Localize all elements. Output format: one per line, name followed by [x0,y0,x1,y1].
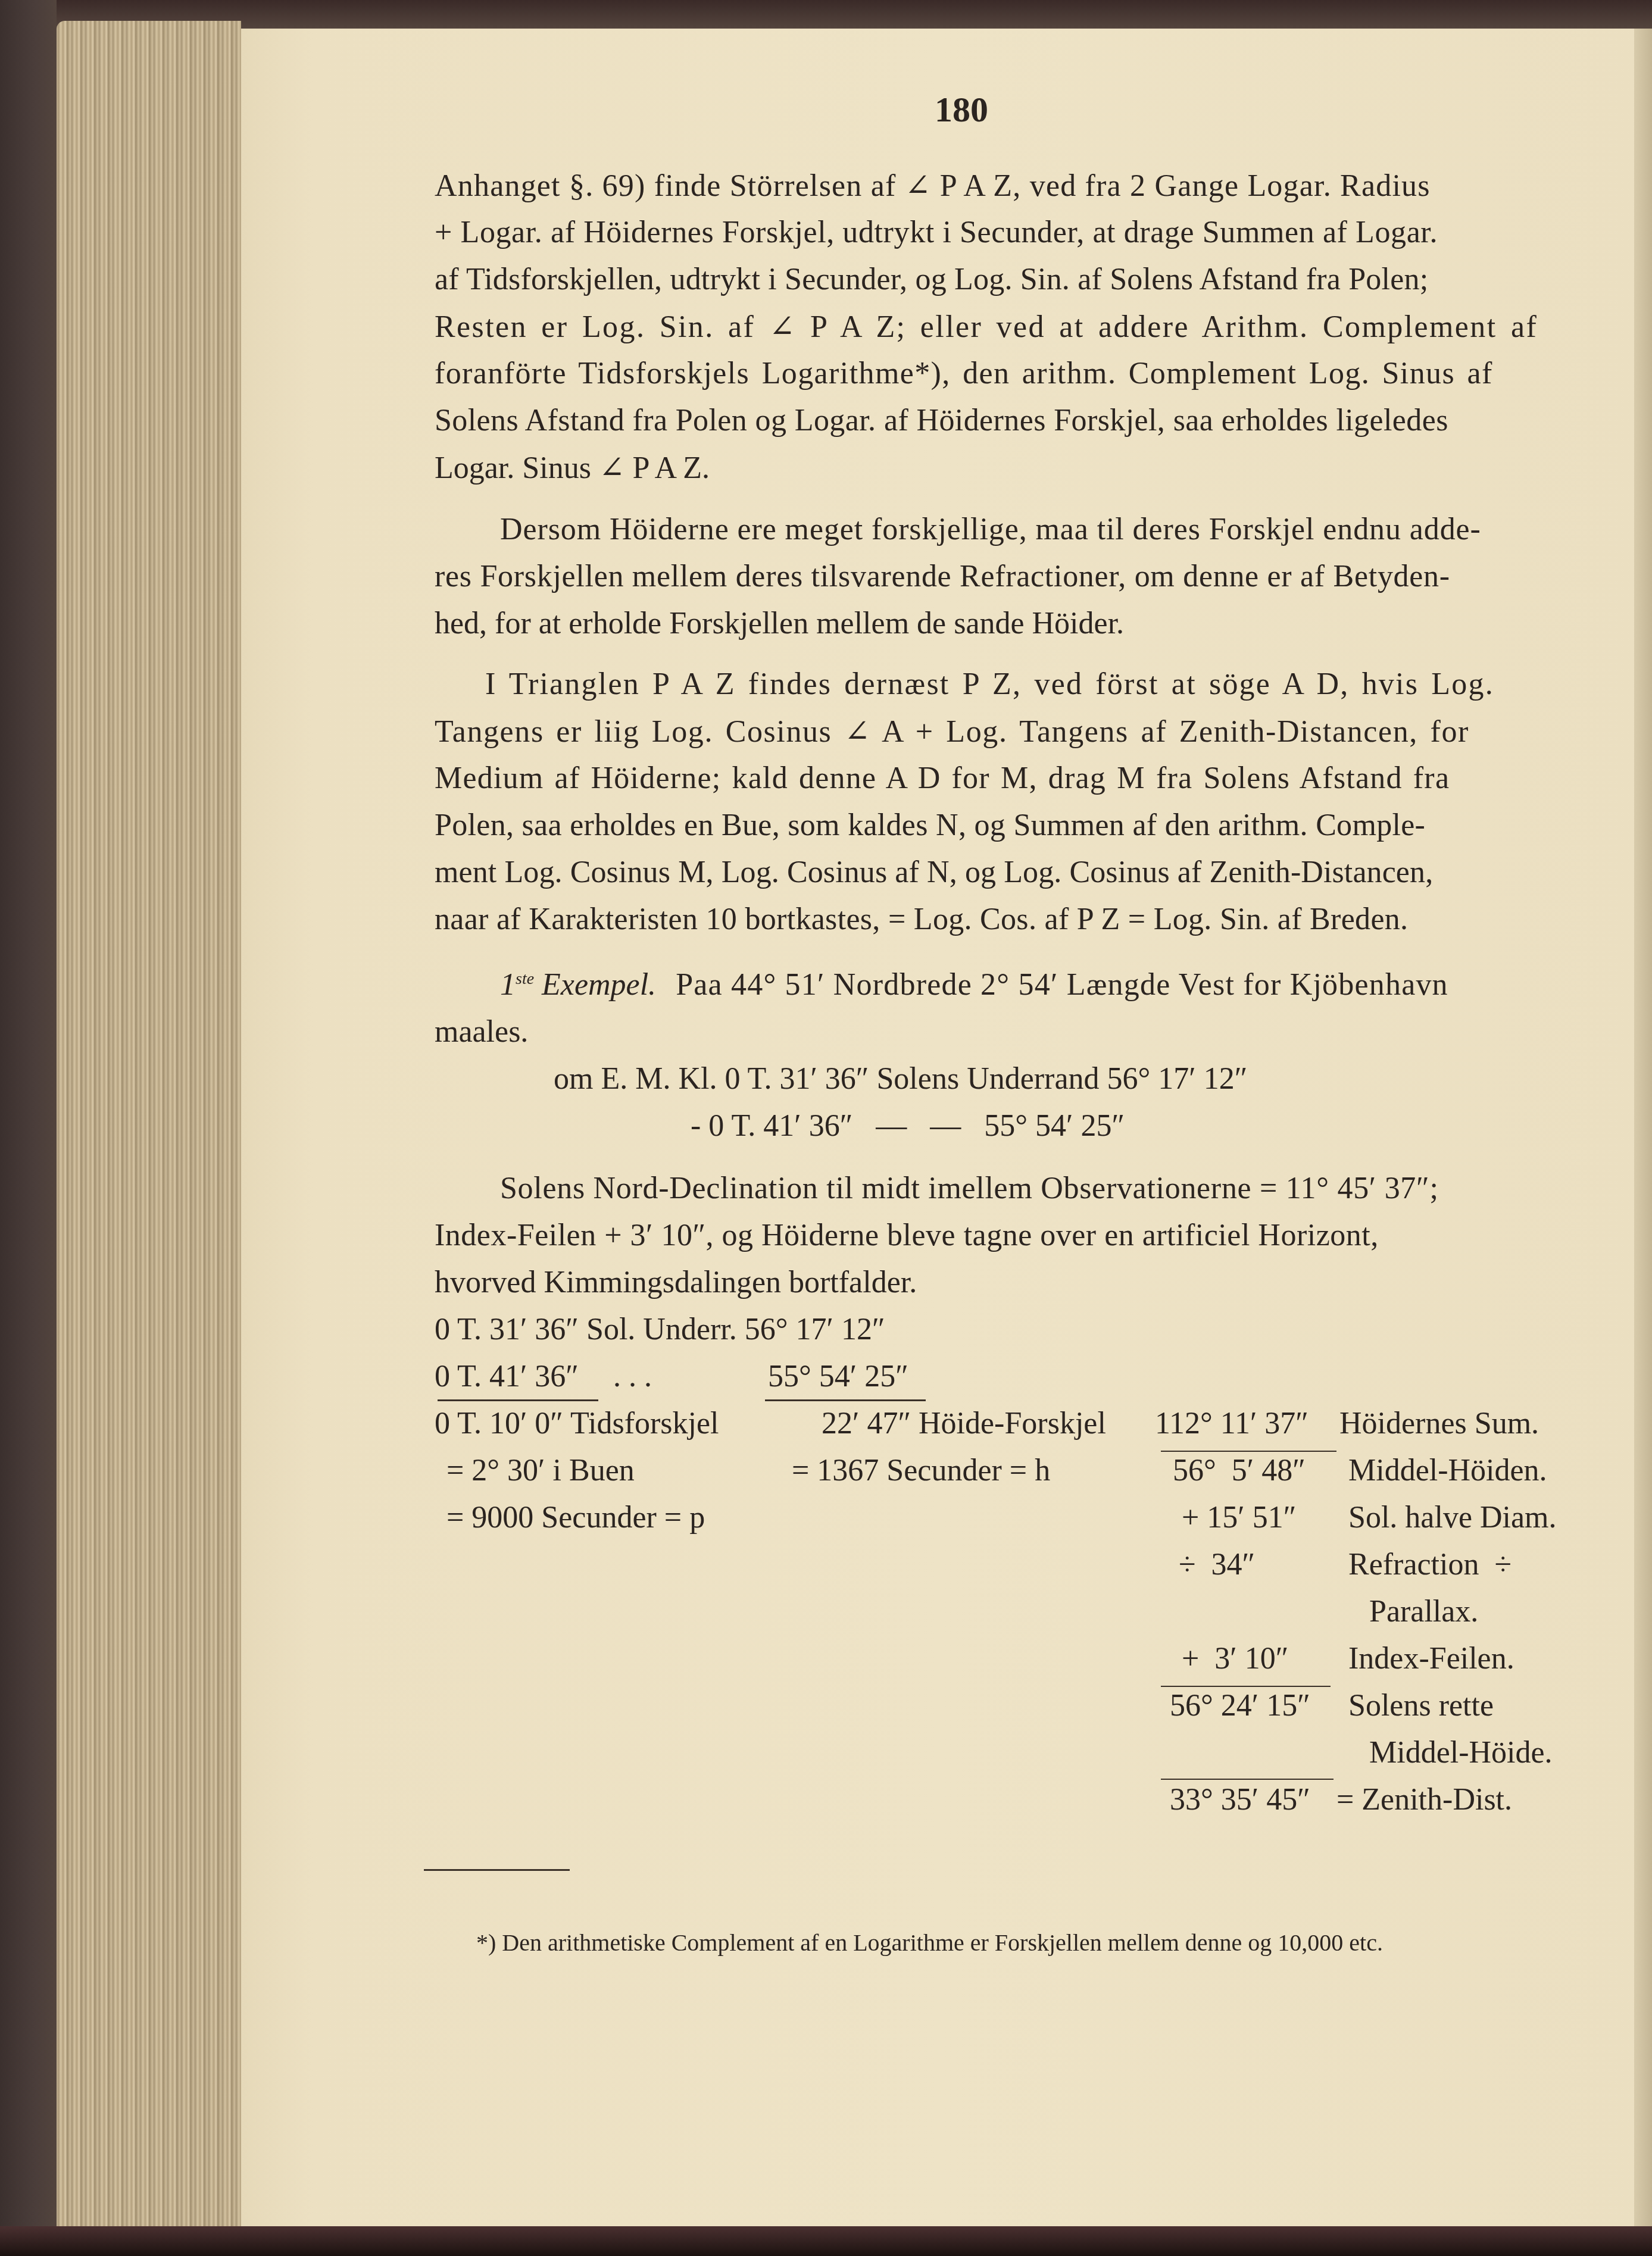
rc-value: 33° 35′ 45″ [1170,1782,1310,1817]
text-line: Solens Afstand fra Polen og Logar. af Hö… [435,403,1448,438]
rc-label: Sol. halve Diam. [1348,1500,1557,1535]
rc-value: ÷ 34″ [1179,1547,1255,1582]
rc-label: Parallax. [1369,1594,1478,1629]
observation-2: - 0 T. 41′ 36″ — — 55° 54′ 25″ [691,1108,1125,1143]
rc-value: + 3′ 10″ [1182,1641,1288,1676]
time-arc: = 2° 30′ i Buen [446,1453,635,1488]
time-seconds: = 9000 Secunder = p [446,1500,705,1535]
example-line2: maales. [435,1014,528,1049]
rc-value: 112° 11′ 37″ [1155,1406,1309,1441]
text-line: Anhanget §. 69) finde Störrelsen af ∠ P … [435,168,1431,204]
text-line: hed, for at erholde Forskjellen mellem d… [435,606,1124,641]
text-line: Tangens er liig Log. Cosinus ∠ A + Log. … [435,714,1469,749]
observation-1: om E. M. Kl. 0 T. 31′ 36″ Solens Underra… [554,1061,1247,1096]
example-label-sup: ste [516,970,534,988]
text-line: naar af Karakteristen 10 bortkastes, = L… [435,902,1408,937]
page-stack-edges [57,21,241,2232]
example-heading: 1ste Exempel. Paa 44° 51′ Nordbrede 2° 5… [500,967,1448,1002]
rc-label: = Zenith-Dist. [1336,1782,1512,1817]
time-diff: 0 T. 10′ 0″ Tidsforskjel [435,1406,719,1441]
page-right-edge [1634,29,1652,2228]
rc-label: Höidernes Sum. [1339,1406,1539,1441]
rc-value: 56° 24′ 15″ [1170,1688,1310,1723]
page-number: 180 [935,89,988,130]
rc-label: Middel-Höiden. [1348,1453,1547,1488]
rc-label: Index-Feilen. [1348,1641,1514,1676]
alt-diff: 22′ 47″ Höide-Forskjel [822,1406,1106,1441]
text-line: Polen, saa erholdes en Bue, som kaldes N… [435,808,1425,843]
text-line: af Tidsforskjellen, udtrykt i Secunder, … [435,262,1428,297]
text-line: + Logar. af Höidernes Forskjel, udtrykt … [435,215,1438,250]
declination-line: hvorved Kimmingsdalingen bortfalder. [435,1265,917,1300]
rc-label: Middel-Höide. [1369,1735,1553,1770]
example-label-word: Exempel. [542,968,656,1002]
rc-value: 56° 5′ 48″ [1173,1453,1306,1488]
text-line: I Trianglen P A Z findes dernæst P Z, ve… [485,667,1494,702]
text-line: Dersom Höiderne ere meget forskjellige, … [500,512,1481,547]
comp-row2-alt: 55° 54′ 25″ [768,1359,908,1394]
footnote-separator [424,1869,570,1871]
comp-row1: 0 T. 31′ 36″ Sol. Underr. 56° 17′ 12″ [435,1312,885,1347]
comp-row2-time: 0 T. 41′ 36″ [435,1359,579,1394]
text-line: Logar. Sinus ∠ P A Z. [435,450,710,486]
declination-line: Solens Nord-Declination til midt imellem… [500,1171,1439,1206]
underline [1161,1451,1336,1452]
underline [1161,1779,1334,1780]
text-line: ment Log. Cosinus M, Log. Cosinus af N, … [435,855,1433,890]
declination-line: Index-Feilen + 3′ 10″, og Höiderne bleve… [435,1218,1379,1253]
text-line: Resten er Log. Sin. af ∠ P A Z; eller ve… [435,309,1538,345]
book-cover-spine [0,0,57,2256]
alt-seconds: = 1367 Secunder = h [792,1453,1050,1488]
example-line1: Paa 44° 51′ Nordbrede 2° 54′ Længde Vest… [676,968,1448,1002]
underline [1161,1686,1331,1687]
rc-label: Refraction ÷ [1348,1547,1512,1582]
rc-label: Solens rette [1348,1688,1494,1723]
text-line: res Forskjellen mellem deres tilsvarende… [435,559,1450,594]
text-line: foranförte Tidsforskjels Logarithme*), d… [435,356,1493,391]
comp-row2-dots: . . . [613,1359,652,1394]
rc-value: + 15′ 51″ [1182,1500,1296,1535]
footnote: *) Den arithmetiske Complement af en Log… [476,1929,1383,1957]
example-label-num: 1 [500,968,516,1002]
underline [765,1399,926,1401]
underline [438,1399,598,1401]
book-cover-bottom [0,2226,1652,2256]
text-line: Medium af Höiderne; kald denne A D for M… [435,761,1450,796]
